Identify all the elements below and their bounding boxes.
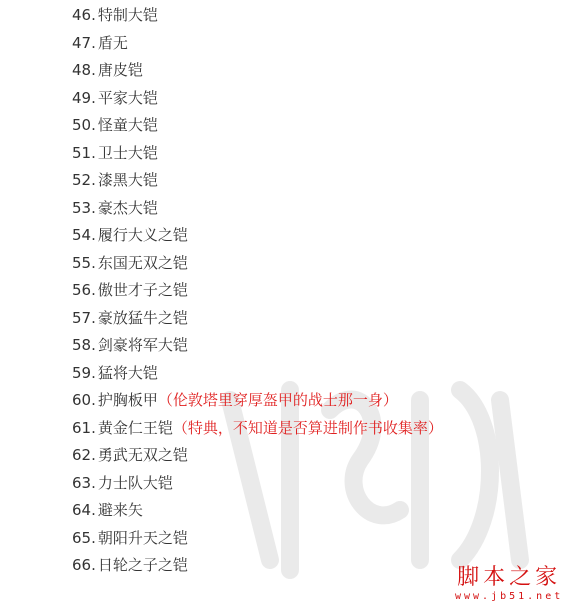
item-number: 57. — [72, 309, 96, 327]
item-number: 65. — [72, 529, 96, 547]
item-number: 63. — [72, 474, 96, 492]
list-item: 53.豪杰大铠 — [72, 195, 443, 223]
item-name: 黄金仁王铠 — [98, 419, 173, 437]
item-note: （特典，不知道是否算进制作书收集率） — [173, 419, 443, 437]
item-name: 豪放猛牛之铠 — [98, 309, 188, 327]
list-item: 46.特制大铠 — [72, 2, 443, 30]
item-name: 怪童大铠 — [98, 116, 158, 134]
item-name: 避来矢 — [98, 501, 143, 519]
item-name: 平家大铠 — [98, 89, 158, 107]
item-name: 力士队大铠 — [98, 474, 173, 492]
list-item: 63.力士队大铠 — [72, 470, 443, 498]
item-number: 49. — [72, 89, 96, 107]
item-number: 55. — [72, 254, 96, 272]
item-note: （伦敦塔里穿厚盔甲的战士那一身） — [158, 391, 398, 409]
item-number: 56. — [72, 281, 96, 299]
item-number: 66. — [72, 556, 96, 574]
item-number: 54. — [72, 226, 96, 244]
item-name: 勇武无双之铠 — [98, 446, 188, 464]
list-item: 49.平家大铠 — [72, 85, 443, 113]
item-name: 卫士大铠 — [98, 144, 158, 162]
list-item: 66.日轮之子之铠 — [72, 552, 443, 580]
item-number: 46. — [72, 6, 96, 24]
brand-title: 脚本之家 — [455, 565, 563, 591]
list-item: 57.豪放猛牛之铠 — [72, 305, 443, 333]
item-number: 58. — [72, 336, 96, 354]
list-item: 54.履行大义之铠 — [72, 222, 443, 250]
armor-list: 46.特制大铠 47.盾无 48.唐皮铠 49.平家大铠 50.怪童大铠 51.… — [72, 2, 443, 580]
item-number: 64. — [72, 501, 96, 519]
list-item: 59.猛将大铠 — [72, 360, 443, 388]
list-item: 64.避来矢 — [72, 497, 443, 525]
item-name: 傲世才子之铠 — [98, 281, 188, 299]
item-name: 剑豪将军大铠 — [98, 336, 188, 354]
item-name: 护胸板甲 — [98, 391, 158, 409]
item-name: 朝阳升天之铠 — [98, 529, 188, 547]
item-number: 47. — [72, 34, 96, 52]
list-item: 60.护胸板甲（伦敦塔里穿厚盔甲的战士那一身） — [72, 387, 443, 415]
item-number: 59. — [72, 364, 96, 382]
list-item: 48.唐皮铠 — [72, 57, 443, 85]
item-number: 60. — [72, 391, 96, 409]
item-name: 盾无 — [98, 34, 128, 52]
list-item: 50.怪童大铠 — [72, 112, 443, 140]
item-name: 唐皮铠 — [98, 61, 143, 79]
list-item: 52.漆黑大铠 — [72, 167, 443, 195]
list-item: 55.东国无双之铠 — [72, 250, 443, 278]
list-item: 58.剑豪将军大铠 — [72, 332, 443, 360]
item-name: 特制大铠 — [98, 6, 158, 24]
item-name: 履行大义之铠 — [98, 226, 188, 244]
list-item: 51.卫士大铠 — [72, 140, 443, 168]
item-number: 62. — [72, 446, 96, 464]
item-name: 豪杰大铠 — [98, 199, 158, 217]
list-item: 56.傲世才子之铠 — [72, 277, 443, 305]
brand-url: www.jb51.net — [455, 591, 563, 602]
list-item: 62.勇武无双之铠 — [72, 442, 443, 470]
item-name: 日轮之子之铠 — [98, 556, 188, 574]
item-number: 51. — [72, 144, 96, 162]
item-number: 48. — [72, 61, 96, 79]
item-name: 东国无双之铠 — [98, 254, 188, 272]
item-name: 漆黑大铠 — [98, 171, 158, 189]
item-name: 猛将大铠 — [98, 364, 158, 382]
item-number: 53. — [72, 199, 96, 217]
item-number: 52. — [72, 171, 96, 189]
site-brand-logo: 脚本之家 www.jb51.net — [455, 565, 563, 602]
list-item: 65.朝阳升天之铠 — [72, 525, 443, 553]
item-number: 61. — [72, 419, 96, 437]
list-item: 61.黄金仁王铠（特典，不知道是否算进制作书收集率） — [72, 415, 443, 443]
item-number: 50. — [72, 116, 96, 134]
list-item: 47.盾无 — [72, 30, 443, 58]
